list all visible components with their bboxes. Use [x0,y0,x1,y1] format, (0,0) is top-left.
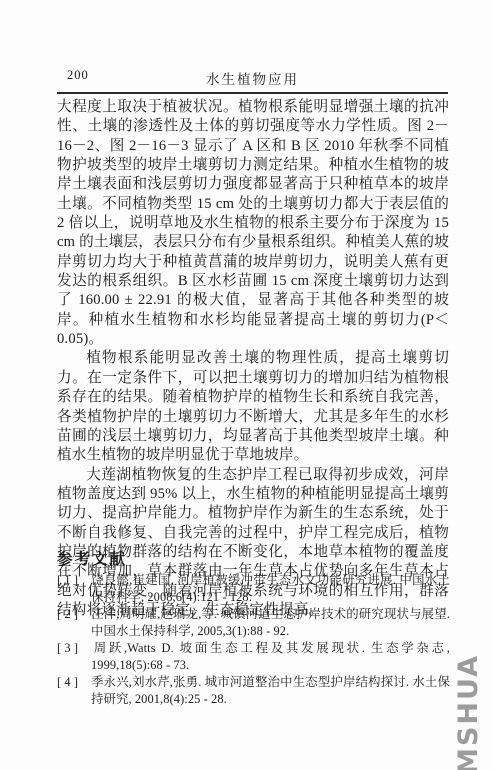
reference-item: [ 3 ]周跃,Watts D. 坡面生态工程及其发展现状. 生态学杂志, 19… [57,640,450,674]
reference-text: 饶良懿,崔建国. 河岸植被缓冲带生态水文功能研究进展. 中国水土保持科学, 20… [91,573,450,604]
paragraph: 植物根系能明显改善土壤的物理性质，提高土壤剪切力。在一定条件下，可以把土壤剪切力… [57,349,449,465]
reference-text: 季永兴,刘水芹,张勇. 城市河道整治中生态型护岸结构探讨. 水土保持研究, 20… [91,675,450,706]
reference-label: [ 3 ] [57,640,85,657]
reference-label: [ 1 ] [57,572,85,589]
running-title: 水生植物应用 [57,68,448,88]
reference-item: [ 2 ]汪洋,周明耀,赵瑞龙,等. 城镇河道生态护岸技术的研究现状与展望. 中… [57,606,450,640]
paragraph-continuation: 大程度上取决于植被状况。植物根系能明显增强土壤的抗冲性、土壤的渗透性及土体的剪切… [57,98,449,349]
reference-item: [ 1 ]饶良懿,崔建国. 河岸植被缓冲带生态水文功能研究进展. 中国水土保持科… [57,572,450,606]
book-page: 200 水生植物应用 大程度上取决于植被状况。植物根系能明显增强土壤的抗冲性、土… [0,0,492,770]
watermark: MSHUA [453,654,484,770]
page-header: 200 水生植物应用 [57,66,448,94]
references-heading: 参考文献 [57,547,127,569]
reference-label: [ 2 ] [57,606,85,623]
references-list: [ 1 ]饶良懿,崔建国. 河岸植被缓冲带生态水文功能研究进展. 中国水土保持科… [57,572,450,708]
reference-text: 周跃,Watts D. 坡面生态工程及其发展现状. 生态学杂志, 1999,18… [91,641,450,672]
reference-item: [ 4 ]季永兴,刘水芹,张勇. 城市河道整治中生态型护岸结构探讨. 水土保持研… [57,674,450,708]
reference-label: [ 4 ] [57,674,85,691]
body-text: 大程度上取决于植被状况。植物根系能明显增强土壤的抗冲性、土壤的渗透性及土体的剪切… [57,98,449,620]
reference-text: 汪洋,周明耀,赵瑞龙,等. 城镇河道生态护岸技术的研究现状与展望. 中国水土保持… [91,607,450,638]
